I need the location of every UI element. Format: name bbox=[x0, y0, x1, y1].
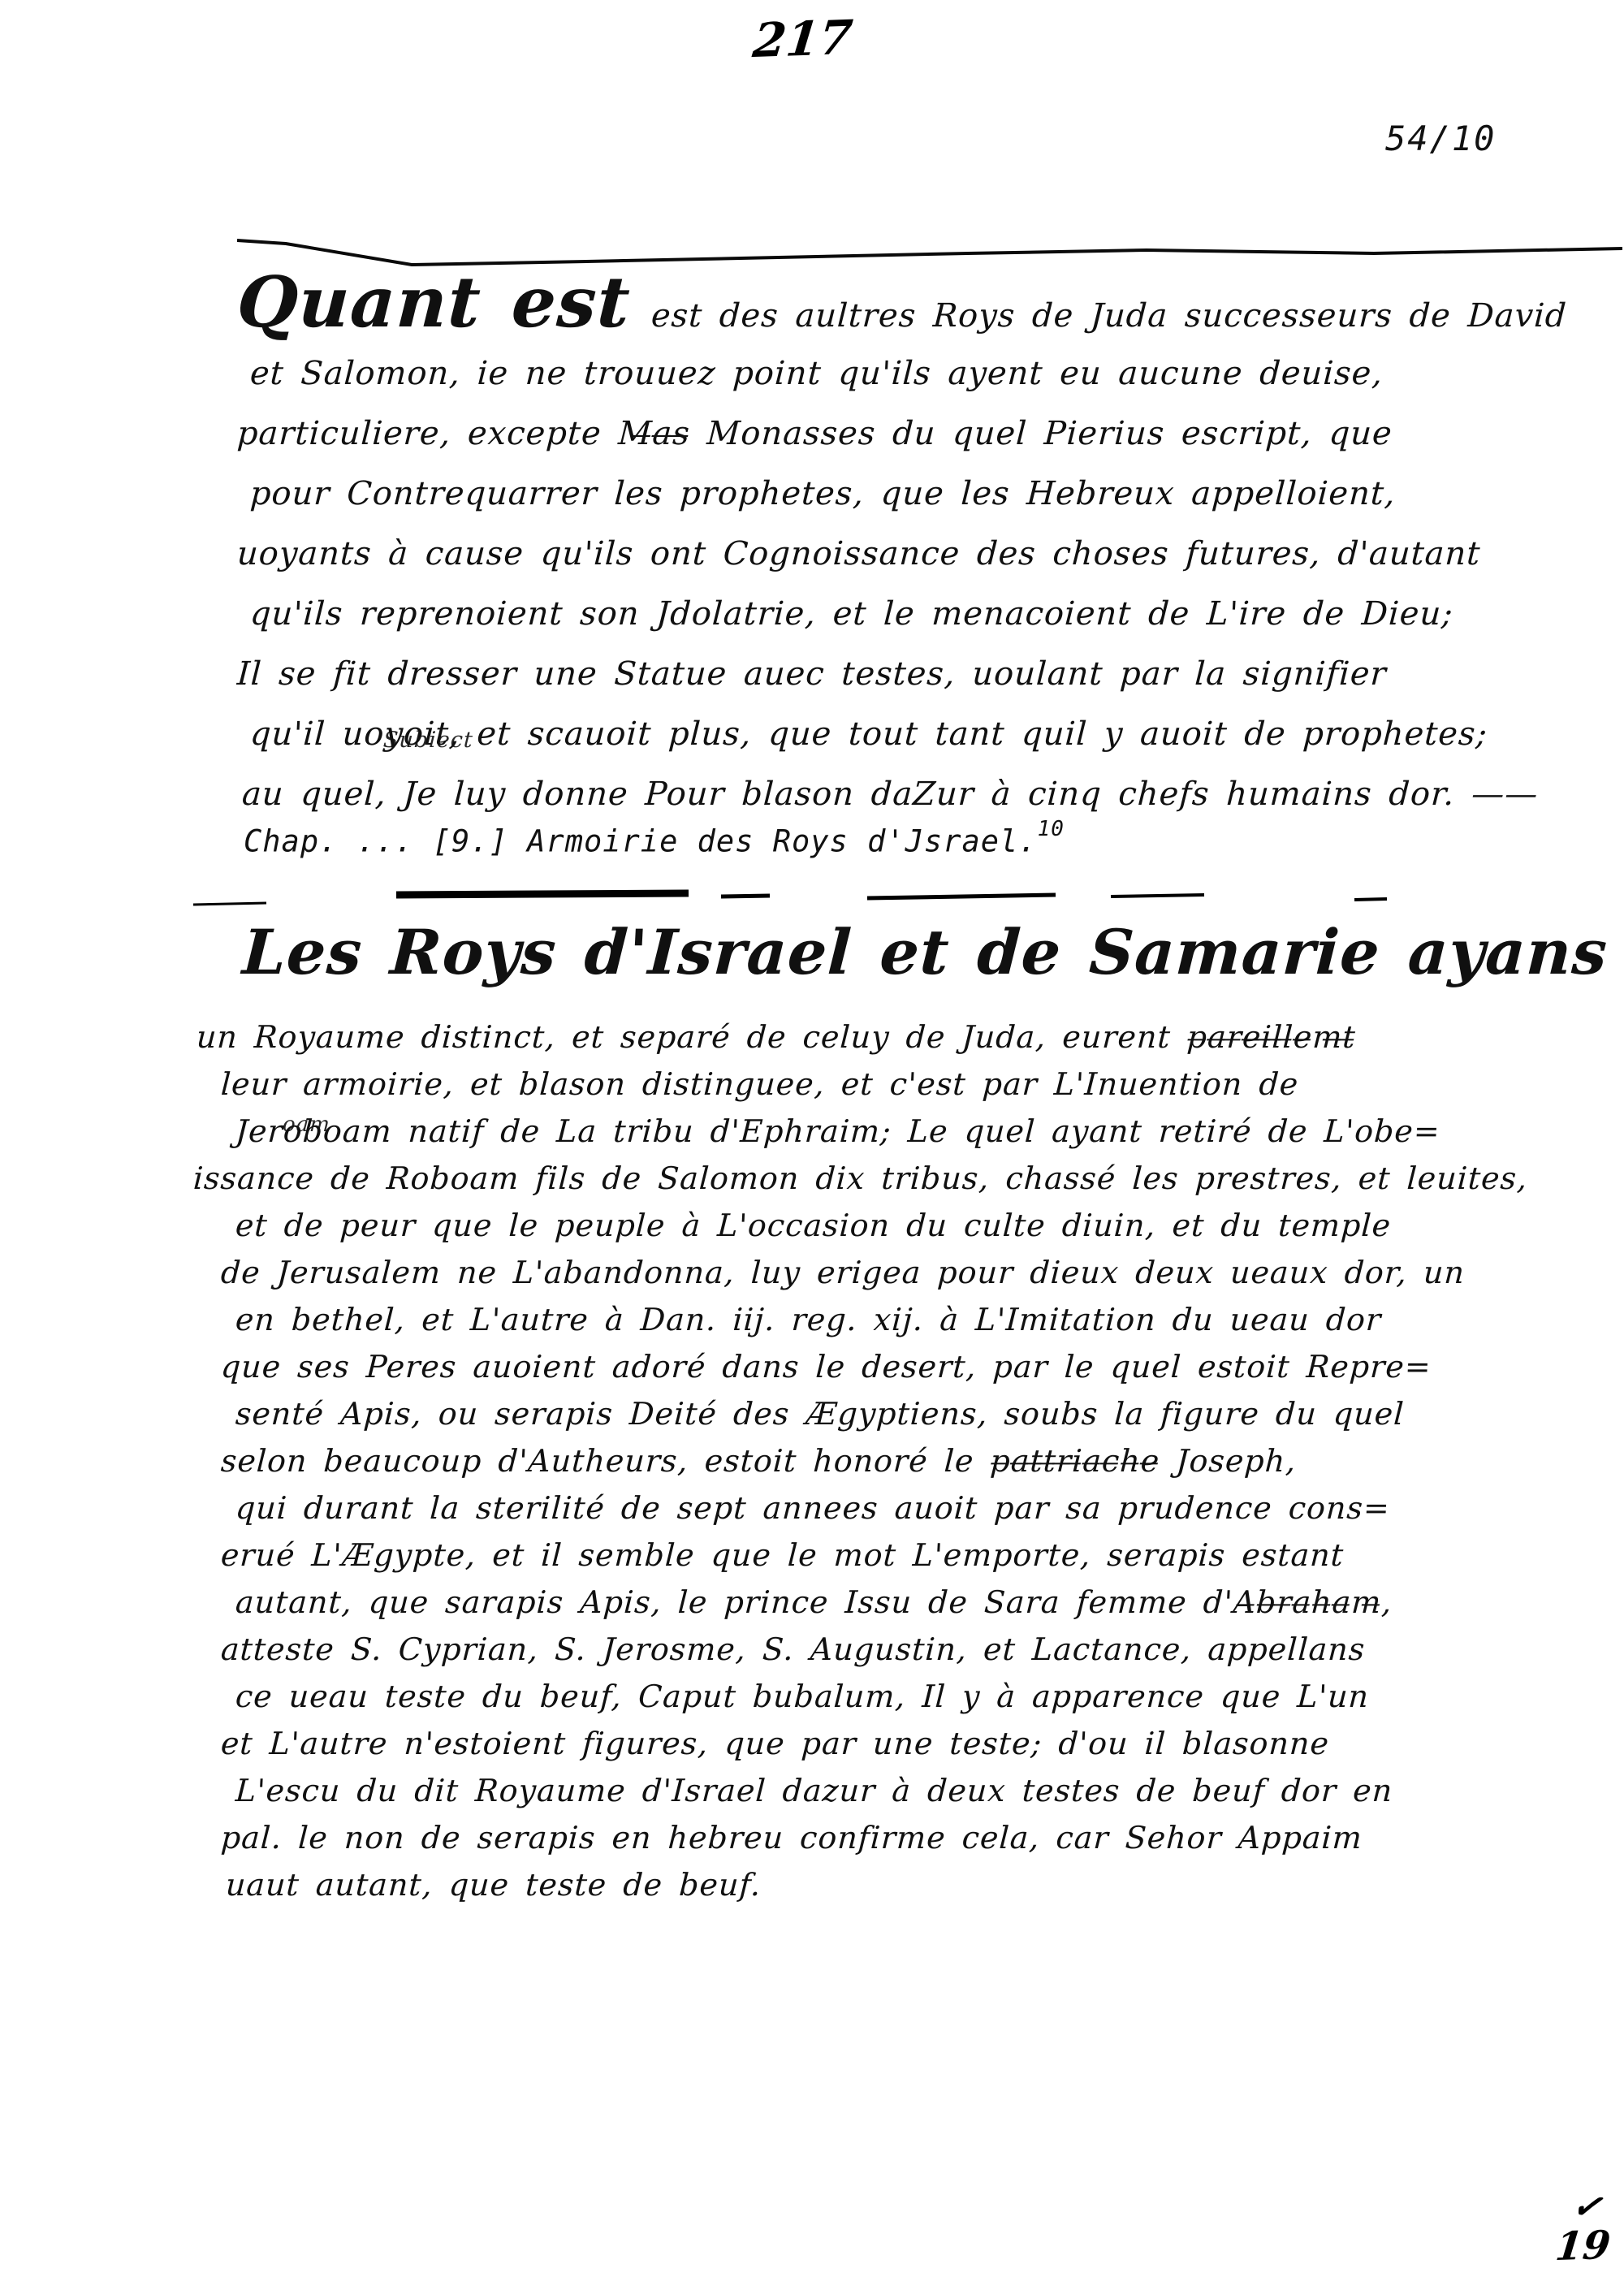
first-line-rest: est des aultres Roys de Juda successeurs… bbox=[650, 297, 1568, 335]
manuscript-line: un Royaume distinct, et separé de celuy … bbox=[192, 1013, 1624, 1061]
manuscript-line: pal. le non de serapis en hebreu confirm… bbox=[192, 1814, 1624, 1861]
opening-words: Quant est bbox=[235, 261, 633, 343]
footnote-reference: 10 bbox=[1038, 817, 1065, 841]
manuscript-line: qu'ils reprenoient son Jdolatrie, et le … bbox=[235, 584, 1624, 644]
interline-correction-oam: oam bbox=[282, 1113, 330, 1137]
manuscript-line: et de peur que le peuple à L'occasion du… bbox=[192, 1202, 1624, 1249]
manuscript-line: ce ueau teste du beuf, Caput bubalum, Il… bbox=[192, 1673, 1624, 1720]
manuscript-line: selon beaucoup d'Autheurs, estoit honoré… bbox=[192, 1437, 1624, 1484]
manuscript-line: uoyants à cause qu'ils ont Cognoissance … bbox=[235, 524, 1624, 584]
handwritten-bottom-number: 19 bbox=[1553, 2223, 1613, 2270]
manuscript-block2-lines: un Royaume distinct, et separé de celuy … bbox=[193, 1013, 1624, 1908]
manuscript-line: autant, que sarapis Apis, le prince Issu… bbox=[192, 1579, 1624, 1626]
manuscript-line: senté Apis, ou serapis Deité des Ægyptie… bbox=[192, 1390, 1624, 1437]
manuscript-line: uaut autant, que teste de beuf. bbox=[192, 1861, 1624, 1908]
manuscript-line: L'escu du dit Royaume d'Israel dazur à d… bbox=[192, 1767, 1624, 1814]
handwritten-page-number: 217 bbox=[750, 10, 855, 68]
manuscript-line: atteste S. Cyprian, S. Jerosme, S. Augus… bbox=[192, 1626, 1624, 1673]
interline-correction-subiect: Subiect bbox=[382, 728, 473, 753]
manuscript-line: Jeroboam natif de La tribu d'Ephraim; Le… bbox=[192, 1108, 1624, 1155]
manuscript-line: erué L'Ægypte, et il semble que le mot L… bbox=[192, 1532, 1624, 1579]
manuscript-line: au quel, Je luy donne Pour blason daZur … bbox=[235, 764, 1624, 824]
manuscript-line: en bethel, et L'autre à Dan. iij. reg. x… bbox=[192, 1296, 1624, 1343]
manuscript-line: issance de Roboam fils de Salomon dix tr… bbox=[192, 1155, 1624, 1202]
manuscript-line: et Salomon, ie ne trouuez point qu'ils a… bbox=[235, 343, 1624, 404]
manuscript-line: de Jerusalem ne L'abandonna, luy erigea … bbox=[192, 1249, 1624, 1296]
manuscript-line: que ses Peres auoient adoré dans le dese… bbox=[192, 1343, 1624, 1390]
chapter-caption-text: Chap. ... [9.] Armoirie des Roys d'Jsrae… bbox=[244, 823, 1038, 858]
manuscript-line: pour Contrequarrer les prophetes, que le… bbox=[235, 464, 1624, 524]
chapter-caption: Chap. ... [9.] Armoirie des Roys d'Jsrae… bbox=[244, 822, 1065, 858]
manuscript-line: leur armoirie, et blason distinguee, et … bbox=[192, 1061, 1624, 1108]
manuscript-line-first: Quant est est des aultres Roys de Juda s… bbox=[237, 261, 1622, 343]
manuscript-line: Il se fit dresser une Statue auec testes… bbox=[235, 644, 1624, 704]
manuscript-line: qui durant la sterilité de sept annees a… bbox=[192, 1484, 1624, 1532]
manuscript-slip-2: Les Roys d'Israel et de Samarie ayans fa… bbox=[193, 887, 1624, 1908]
archive-reference: 54/10 bbox=[1385, 119, 1496, 158]
section-heading: Les Roys d'Israel et de Samarie ayans fa… bbox=[240, 916, 1624, 1012]
manuscript-line: particuliere, excepte M̶a̶s̶ Monasses du… bbox=[235, 404, 1624, 464]
slip2-torn-top-edge bbox=[193, 887, 1624, 908]
scanned-manuscript-page: 217 54/10 Quant est est des aultres Roys… bbox=[0, 0, 1624, 2277]
manuscript-slip-1: Quant est est des aultres Roys de Juda s… bbox=[237, 234, 1622, 824]
manuscript-line: et L'autre n'estoient figures, que par u… bbox=[192, 1720, 1624, 1767]
